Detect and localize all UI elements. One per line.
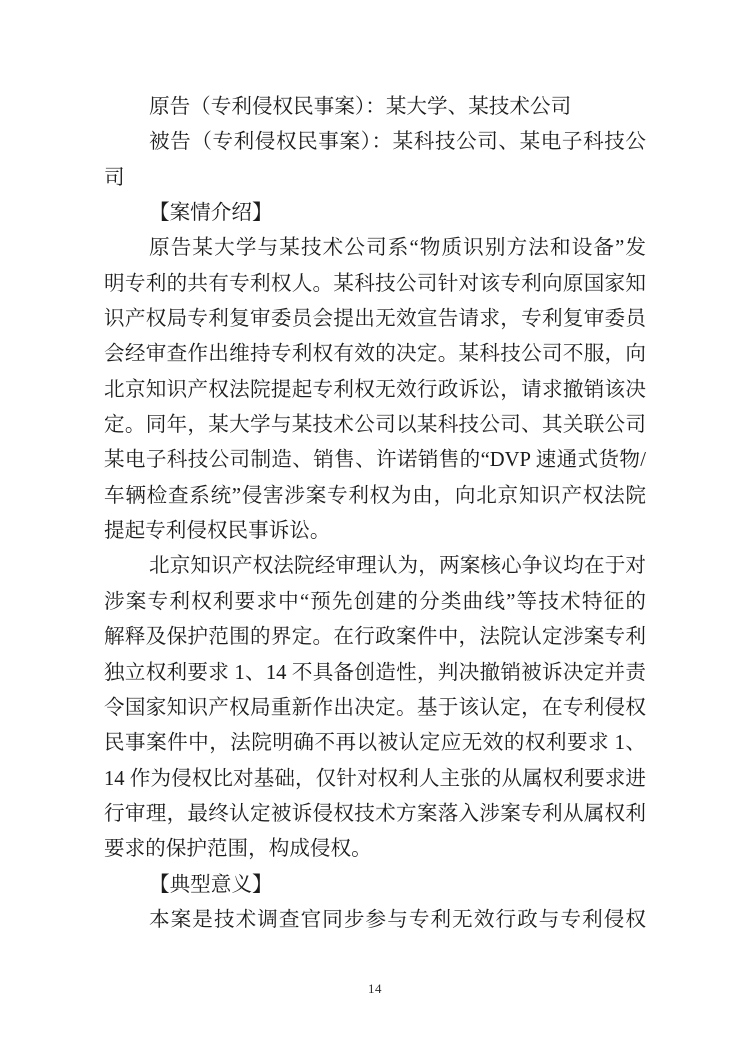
text-line: 北京知识产权法院提起专利权无效行政诉讼，请求撤销该决 — [104, 373, 646, 408]
text-line: 定。同年，某大学与某技术公司以某科技公司、其关联公司 — [104, 408, 646, 443]
document-page: 原告（专利侵权民事案）：某大学、某技术公司 被告（专利侵权民事案）：某科技公司、… — [0, 0, 750, 1061]
text-line-defendant: 被告（专利侵权民事案）：某科技公司、某电子科技公 — [104, 125, 646, 160]
text-line-plaintiff: 原告（专利侵权民事案）：某大学、某技术公司 — [104, 90, 646, 125]
text-line: 会经审查作出维持专利权有效的决定。某科技公司不服，向 — [104, 337, 646, 372]
text-line: 明专利的共有专利权人。某科技公司针对该专利向原国家知 — [104, 267, 646, 302]
text-line: 要求的保护范围，构成侵权。 — [104, 832, 646, 867]
text-line: 民事案件中，法院明确不再以被认定应无效的权利要求 1、 — [104, 726, 646, 761]
text-line: 涉案专利权利要求中“预先创建的分类曲线”等技术特征的 — [104, 585, 646, 620]
document-body: 原告（专利侵权民事案）：某大学、某技术公司 被告（专利侵权民事案）：某科技公司、… — [104, 90, 646, 938]
text-line: 某电子科技公司制造、销售、许诺销售的“DVP 速通式货物/ — [104, 443, 646, 478]
text-line: 原告某大学与某技术公司系“物质识别方法和设备”发 — [104, 231, 646, 266]
section-heading-typical-significance: 【典型意义】 — [104, 868, 646, 903]
text-line: 提起专利侵权民事诉讼。 — [104, 514, 646, 549]
section-heading-case-intro: 【案情介绍】 — [104, 196, 646, 231]
page-number: 14 — [0, 981, 750, 997]
text-line: 识产权局专利复审委员会提出无效宣告请求，专利复审委员 — [104, 302, 646, 337]
text-line: 行审理，最终认定被诉侵权技术方案落入涉案专利从属权利 — [104, 797, 646, 832]
text-line: 独立权利要求 1、14 不具备创造性，判决撤销被诉决定并责 — [104, 656, 646, 691]
text-line: 令国家知识产权局重新作出决定。基于该认定，在专利侵权 — [104, 691, 646, 726]
text-line: 车辆检查系统”侵害涉案专利权为由，向北京知识产权法院 — [104, 479, 646, 514]
text-line: 解释及保护范围的界定。在行政案件中，法院认定涉案专利 — [104, 620, 646, 655]
text-line: 本案是技术调查官同步参与专利无效行政与专利侵权 — [104, 903, 646, 938]
text-line-defendant-cont: 司 — [104, 161, 646, 196]
text-line: 北京知识产权法院经审理认为，两案核心争议均在于对 — [104, 549, 646, 584]
text-line: 14 作为侵权比对基础，仅针对权利人主张的从属权利要求进 — [104, 762, 646, 797]
